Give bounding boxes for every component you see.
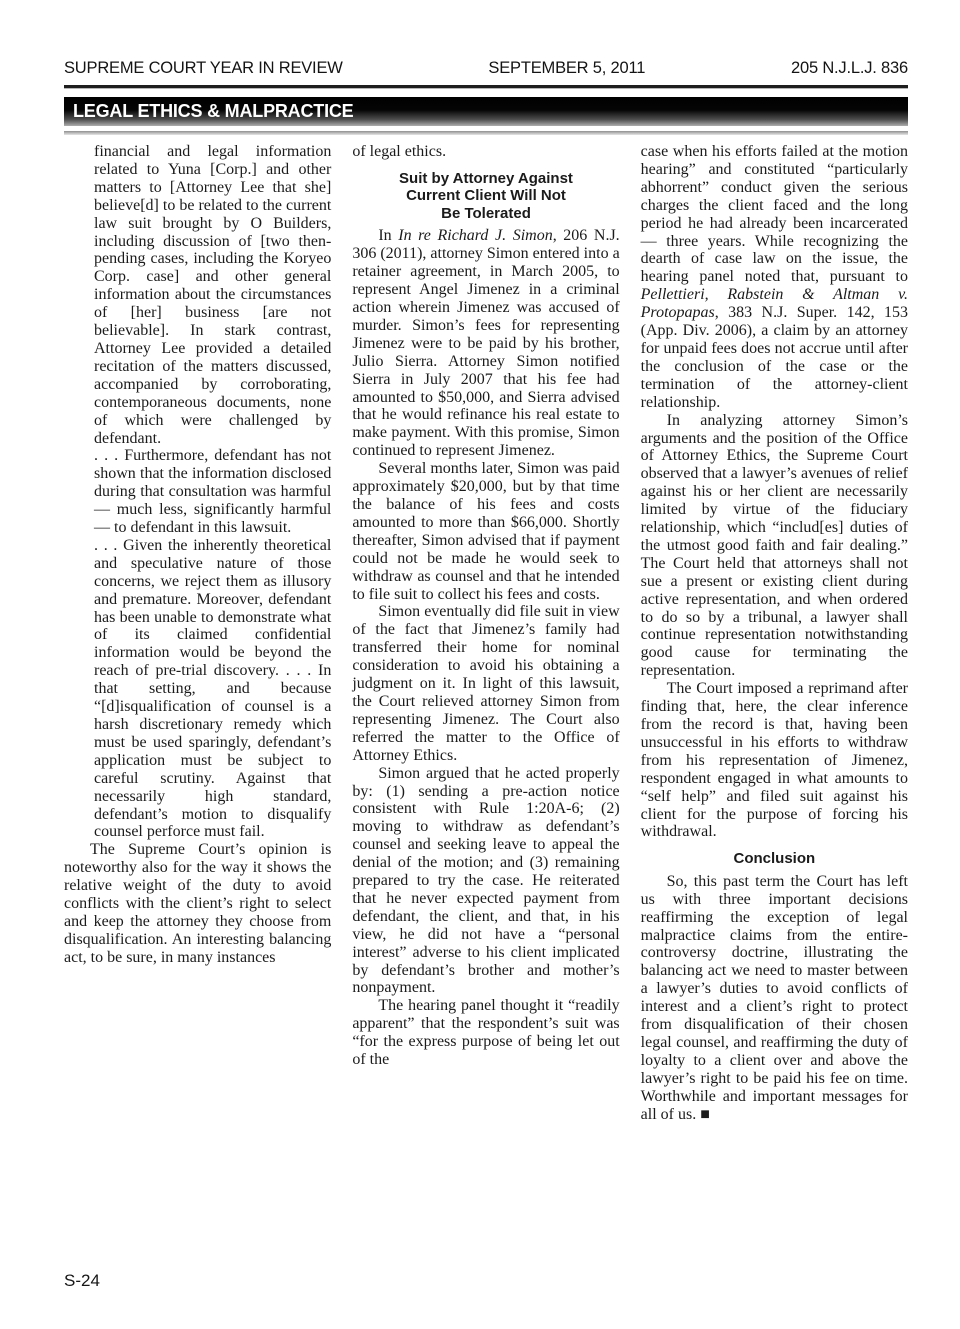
body-paragraph: Several months later, Simon was paid app… — [352, 460, 619, 603]
masthead-citation: 205 N.J.L.J. 836 — [791, 59, 908, 78]
body-paragraph: In analyzing attorney Simon’s arguments … — [641, 412, 908, 681]
page-number: S-24 — [64, 1271, 100, 1291]
masthead-date: SEPTEMBER 5, 2011 — [488, 59, 645, 78]
masthead-section-title: SUPREME COURT YEAR IN REVIEW — [64, 59, 343, 78]
section-banner-shadow — [64, 131, 908, 135]
subheading-line: Current Client Will Not — [352, 187, 619, 205]
body-paragraph: case when his efforts failed at the moti… — [641, 143, 908, 412]
section-banner: LEGAL ETHICS & MALPRACTICE — [64, 97, 908, 126]
quote-paragraph: financial and legal information related … — [94, 143, 331, 447]
subheading-line: Be Tolerated — [352, 205, 619, 223]
subheading-line: Conclusion — [641, 850, 908, 868]
column-1: financial and legal information related … — [64, 143, 331, 1124]
journal-page: SUPREME COURT YEAR IN REVIEW SEPTEMBER 5… — [0, 0, 960, 1329]
blockquote: financial and legal information related … — [94, 143, 331, 841]
article-body: financial and legal information related … — [64, 143, 908, 1124]
masthead: SUPREME COURT YEAR IN REVIEW SEPTEMBER 5… — [64, 59, 908, 78]
subheading-line: Suit by Attorney Against — [352, 170, 619, 188]
column-2: of legal ethics. Suit by Attorney Agains… — [352, 143, 619, 1124]
article-subheading: Conclusion — [641, 850, 908, 868]
masthead-rule — [64, 85, 908, 89]
quote-paragraph: . . . Furthermore, defendant has not sho… — [94, 447, 331, 537]
body-paragraph: The Supreme Court’s opinion is noteworth… — [64, 841, 331, 966]
section-banner-label: LEGAL ETHICS & MALPRACTICE — [73, 101, 353, 121]
quote-paragraph: . . . Given the inherently theoretical a… — [94, 537, 331, 841]
body-paragraph: In In re Richard J. Simon, 206 N.J. 306 … — [352, 227, 619, 460]
body-paragraph: The Court imposed a reprimand after find… — [641, 680, 908, 841]
article-subheading: Suit by Attorney Against Current Client … — [352, 170, 619, 223]
body-paragraph: Simon eventually did file suit in view o… — [352, 603, 619, 764]
body-paragraph: of legal ethics. — [352, 143, 619, 161]
column-3: case when his efforts failed at the moti… — [641, 143, 908, 1124]
body-paragraph: So, this past term the Court has left us… — [641, 873, 908, 1124]
body-paragraph: The hearing panel thought it “readily ap… — [352, 997, 619, 1069]
body-paragraph: Simon argued that he acted properly by: … — [352, 765, 619, 998]
